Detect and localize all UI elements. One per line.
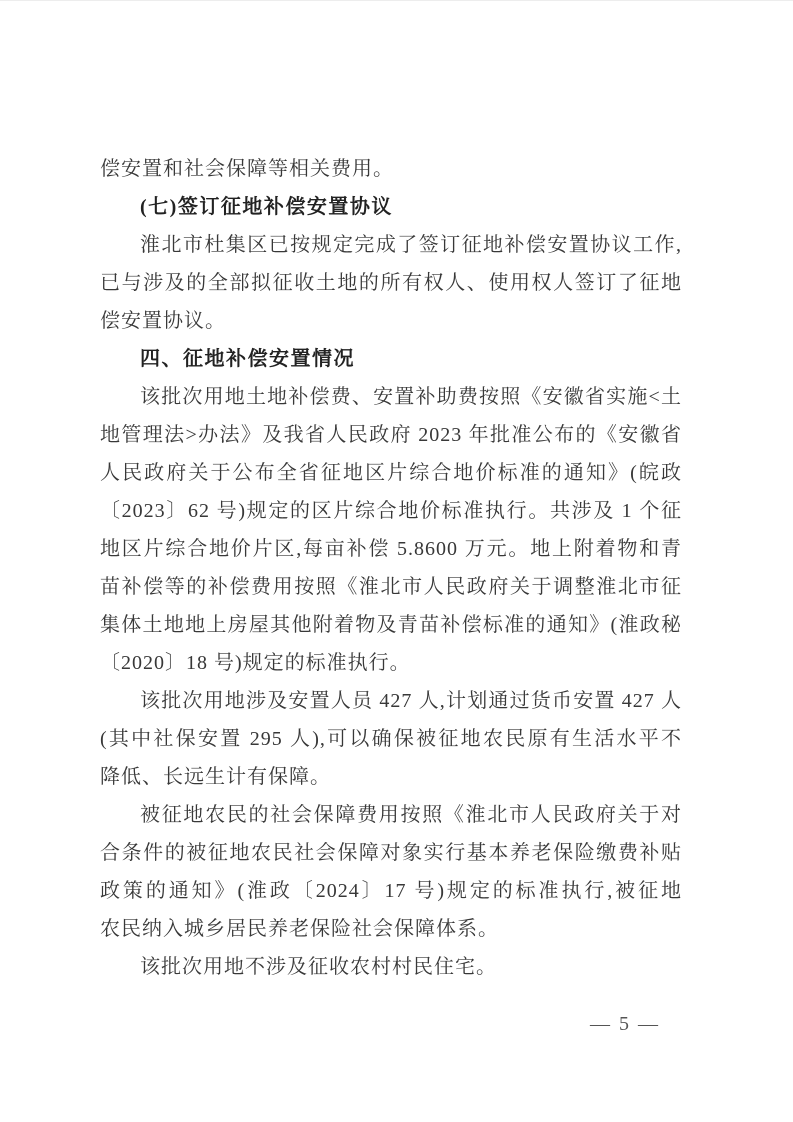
text-line: 地管理法>办法》及我省人民政府 2023 年批准公布的《安徽省 [100, 416, 682, 454]
text-line: 地区片综合地价片区,每亩补偿 5.8600 万元。地上附着物和青 [100, 530, 682, 568]
text-line: 集体土地地上房屋其他附着物及青苗补偿标准的通知》(淮政秘 [100, 606, 682, 644]
text-line: 该批次用地土地补偿费、安置补助费按照《安徽省实施<土 [100, 378, 682, 416]
text-line: 〔2020〕18 号)规定的标准执行。 [100, 644, 682, 682]
text-line: 合条件的被征地农民社会保障对象实行基本养老保险缴费补贴 [100, 834, 682, 872]
text-line: 已与涉及的全部拟征收土地的所有权人、使用权人签订了征地补 [100, 264, 682, 302]
text-line: 人民政府关于公布全省征地区片综合地价标准的通知》(皖政 [100, 454, 682, 492]
text-line: 苗补偿等的补偿费用按照《淮北市人民政府关于调整淮北市征收 [100, 568, 682, 606]
text-line: 降低、长远生计有保障。 [100, 758, 682, 796]
section-heading: (七)签订征地补偿安置协议 [100, 188, 682, 226]
text-line: 该批次用地不涉及征收农村村民住宅。 [100, 948, 682, 986]
text-line: 淮北市杜集区已按规定完成了签订征地补偿安置协议工作, [100, 226, 682, 264]
text-line: (其中社保安置 295 人),可以确保被征地农民原有生活水平不 [100, 720, 682, 758]
text-line: 被征地农民的社会保障费用按照《淮北市人民政府关于对符 [100, 796, 682, 834]
section-heading: 四、征地补偿安置情况 [100, 340, 682, 378]
document-page: 偿安置和社会保障等相关费用。(七)签订征地补偿安置协议淮北市杜集区已按规定完成了… [0, 0, 793, 1122]
text-line: 〔2023〕62 号)规定的区片综合地价标准执行。共涉及 1 个征 [100, 492, 682, 530]
text-line: 偿安置协议。 [100, 302, 682, 340]
document-body: 偿安置和社会保障等相关费用。(七)签订征地补偿安置协议淮北市杜集区已按规定完成了… [100, 150, 682, 986]
text-line: 政策的通知》(淮政〔2024〕17 号)规定的标准执行,被征地 [100, 872, 682, 910]
text-line: 农民纳入城乡居民养老保险社会保障体系。 [100, 910, 682, 948]
text-line: 偿安置和社会保障等相关费用。 [100, 150, 682, 188]
page-number: — 5 — [590, 1005, 660, 1043]
text-line: 该批次用地涉及安置人员 427 人,计划通过货币安置 427 人 [100, 682, 682, 720]
